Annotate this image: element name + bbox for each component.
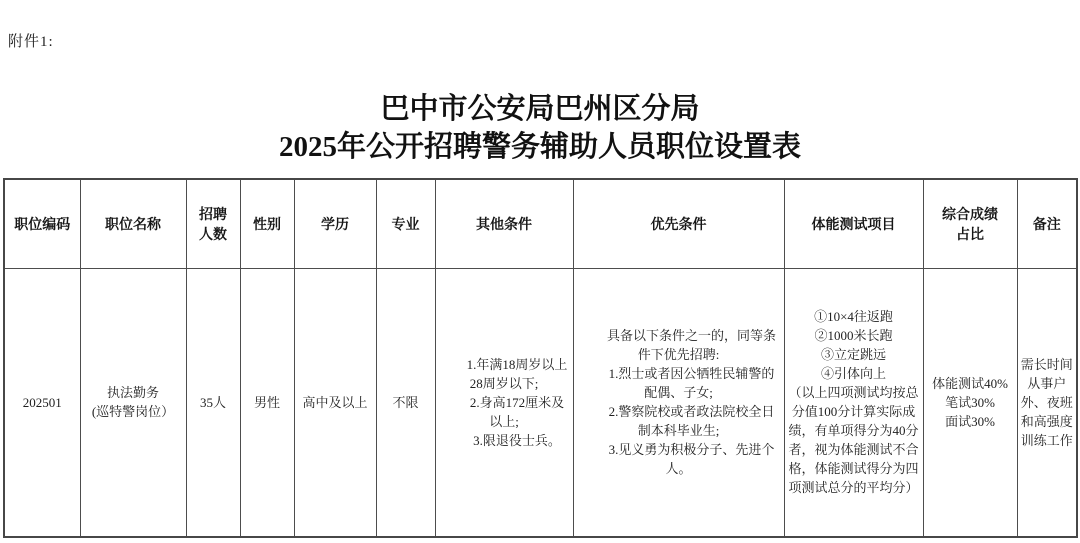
document-title-line1: 巴中市公安局巴州区分局 xyxy=(0,90,1080,128)
cell-headcount: 35人 xyxy=(186,268,240,537)
col-header-priority-conditions: 优先条件 xyxy=(573,179,784,268)
col-header-other-conditions: 其他条件 xyxy=(435,179,573,268)
table-row: 202501 执法勤务 (巡特警岗位） 35人 男性 高中及以上 不限 1.年满… xyxy=(4,268,1077,537)
col-header-education: 学历 xyxy=(294,179,376,268)
cell-physical-test-items: ①10×4往返跑 ②1000米长跑 ③立定跳远 ④引体向上 （以上四项测试均按总… xyxy=(784,268,923,537)
table-header-row: 职位编码 职位名称 招聘 人数 性别 学历 专业 其他条件 优先条件 体能测试项… xyxy=(4,179,1077,268)
cell-remarks: 需长时间从事户外、夜班和高强度训练工作 xyxy=(1017,268,1077,537)
cell-gender: 男性 xyxy=(240,268,294,537)
cell-score-weight: 体能测试40% 笔试30% 面试30% xyxy=(923,268,1017,537)
col-header-score-weight: 综合成绩 占比 xyxy=(923,179,1017,268)
cell-position-name: 执法勤务 (巡特警岗位） xyxy=(80,268,186,537)
position-table: 职位编码 职位名称 招聘 人数 性别 学历 专业 其他条件 优先条件 体能测试项… xyxy=(3,178,1078,538)
col-header-gender: 性别 xyxy=(240,179,294,268)
col-header-major: 专业 xyxy=(376,179,435,268)
document-title: 巴中市公安局巴州区分局 2025年公开招聘警务辅助人员职位设置表 xyxy=(0,90,1080,166)
col-header-position-code: 职位编码 xyxy=(4,179,80,268)
col-header-headcount: 招聘 人数 xyxy=(186,179,240,268)
col-header-remarks: 备注 xyxy=(1017,179,1077,268)
attachment-label: 附件1: xyxy=(8,30,54,51)
cell-priority-conditions: 具备以下条件之一的，同等条件下优先招聘: 1.烈士或者因公牺牲民辅警的配偶、子女… xyxy=(573,268,784,537)
cell-other-conditions: 1.年满18周岁以上28周岁以下; 2.身高172厘米及以上; 3.限退役士兵。 xyxy=(435,268,573,537)
col-header-position-name: 职位名称 xyxy=(80,179,186,268)
cell-position-code: 202501 xyxy=(4,268,80,537)
col-header-physical-test-items: 体能测试项目 xyxy=(784,179,923,268)
document-title-line2: 2025年公开招聘警务辅助人员职位设置表 xyxy=(0,128,1080,166)
cell-education: 高中及以上 xyxy=(294,268,376,537)
cell-major: 不限 xyxy=(376,268,435,537)
